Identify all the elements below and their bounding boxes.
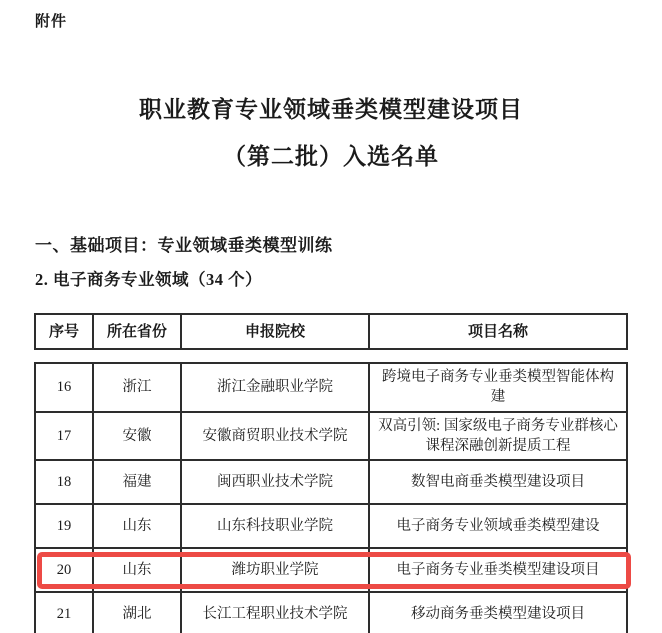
table-row: 16 浙江 浙江金融职业学院 跨境电子商务专业垂类模型智能体构建 (36, 364, 626, 411)
cell-school: 潍坊职业学院 (182, 549, 370, 591)
cell-school: 山东科技职业学院 (182, 505, 370, 547)
cell-project-name: 移动商务垂类模型建设项目 (370, 593, 626, 633)
cell-school: 安徽商贸职业技术学院 (182, 413, 370, 460)
cell-serial-number: 21 (36, 593, 94, 633)
title-line-1: 职业教育专业领域垂类模型建设项目 (0, 86, 662, 133)
cell-province: 山东 (94, 505, 182, 547)
cell-serial-number: 16 (36, 364, 94, 411)
cell-project-name: 双高引领: 国家级电子商务专业群核心课程深融创新提质工程 (370, 413, 626, 460)
cell-serial-number: 17 (36, 413, 94, 460)
attachment-label: 附件 (35, 10, 67, 31)
table-row: 17 安徽 安徽商贸职业技术学院 双高引领: 国家级电子商务专业群核心课程深融创… (36, 411, 626, 460)
title-line-2: （第二批）入选名单 (0, 133, 662, 180)
subsection-heading: 2. 电子商务专业领域（34 个） (35, 266, 262, 290)
section-heading: 一、基础项目：专业领域垂类模型训练 (35, 231, 333, 256)
table-row: 18 福建 闽西职业技术学院 数智电商垂类模型建设项目 (36, 459, 626, 503)
table-row-highlighted: 20 山东 潍坊职业学院 电子商务专业垂类模型建设项目 (36, 547, 626, 591)
table-row: 19 山东 山东科技职业学院 电子商务专业领域垂类模型建设 (36, 503, 626, 547)
cell-province: 安徽 (94, 413, 182, 460)
cell-school: 闽西职业技术学院 (182, 461, 370, 503)
cell-province: 山东 (94, 549, 182, 591)
column-header-serial: 序号 (36, 315, 94, 348)
cell-serial-number: 18 (36, 461, 94, 503)
column-header-province: 所在省份 (94, 315, 182, 348)
column-header-school: 申报院校 (182, 315, 370, 348)
table-header-row: 序号 所在省份 申报院校 项目名称 (34, 313, 628, 350)
cell-province: 浙江 (94, 364, 182, 411)
cell-serial-number: 20 (36, 549, 94, 591)
cell-province: 湖北 (94, 593, 182, 633)
column-header-project: 项目名称 (370, 315, 626, 348)
cell-school: 浙江金融职业学院 (182, 364, 370, 411)
cell-province: 福建 (94, 461, 182, 503)
table-body: 16 浙江 浙江金融职业学院 跨境电子商务专业垂类模型智能体构建 17 安徽 安… (34, 362, 628, 633)
document-title: 职业教育专业领域垂类模型建设项目 （第二批）入选名单 (0, 86, 662, 180)
table-row: 21 湖北 长江工程职业技术学院 移动商务垂类模型建设项目 (36, 591, 626, 633)
cell-school: 长江工程职业技术学院 (182, 593, 370, 633)
cell-project-name: 电子商务专业领域垂类模型建设 (370, 505, 626, 547)
cell-serial-number: 19 (36, 505, 94, 547)
cell-project-name: 跨境电子商务专业垂类模型智能体构建 (370, 364, 626, 411)
cell-project-name: 电子商务专业垂类模型建设项目 (370, 549, 626, 591)
cell-project-name: 数智电商垂类模型建设项目 (370, 461, 626, 503)
